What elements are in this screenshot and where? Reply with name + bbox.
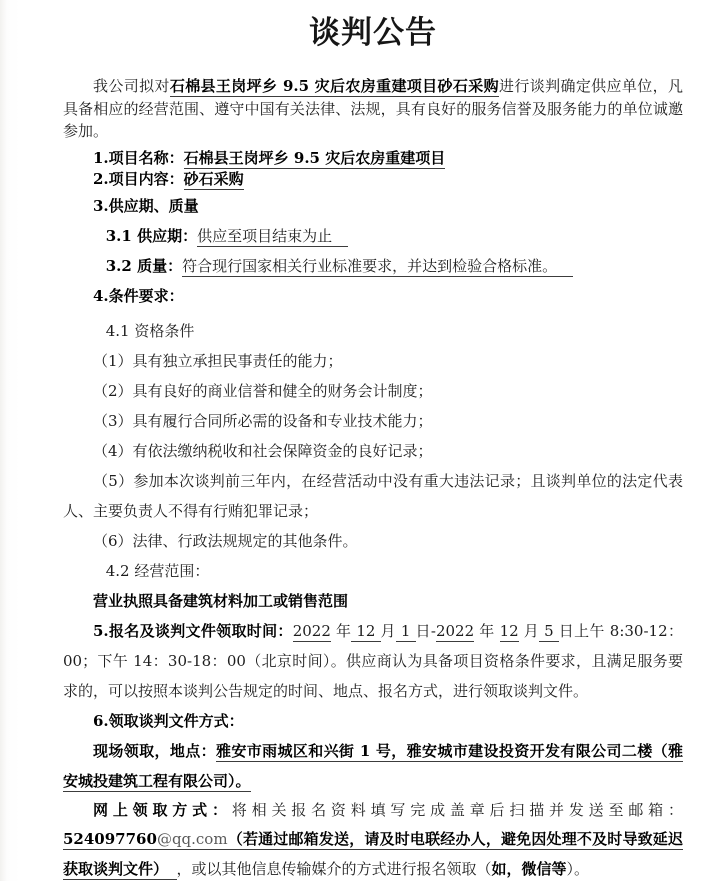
item-3-1-supply-period: 3.1 供应期：供应至项目结束为止 — [63, 221, 683, 251]
item-5-label: 5.报名及谈判文件领取时间： — [93, 622, 293, 640]
item-3-2-value: 符合现行国家相关行业标准要求，并达到检验合格标准。 — [182, 257, 573, 277]
year-unit-1: 年 — [331, 622, 351, 640]
day-unit-1: 日- — [416, 622, 436, 640]
wechat-mention: 如，微信等 — [492, 860, 567, 878]
item-1-value: 石棉县王岗坪乡 9.5 灾后农房重建项目 — [184, 149, 446, 169]
qualification-clause-6: （6）法律、行政法规规定的其他条件。 — [63, 526, 683, 556]
item-3-1-value: 供应至项目结束为止 — [197, 227, 348, 247]
year-unit-2: 年 — [474, 622, 499, 640]
end-day: 5 — [539, 622, 559, 642]
business-scope-value: 营业执照具备建筑材料加工或销售范围 — [63, 586, 683, 616]
item-2-project-content: 2.项目内容：砂石采购 — [63, 169, 683, 191]
onsite-label: 现场领取，地点： — [93, 742, 216, 760]
email-domain: @qq.com — [157, 830, 228, 850]
qualification-clause-4: （4）有依法缴纳税收和社会保障资金的良好记录； — [63, 436, 683, 466]
onsite-pickup-paragraph: 现场领取，地点：雅安市雨城区和兴街 1 号，雅安城市建设投资开发有限公司二楼（雅… — [63, 736, 683, 796]
month-unit-1: 月 — [381, 622, 396, 640]
qualification-clause-2: （2）具有良好的商业信誉和健全的财务会计制度； — [63, 376, 683, 406]
item-3-2-quality: 3.2 质量：符合现行国家相关行业标准要求，并达到检验合格标准。 — [63, 251, 683, 281]
end-year: 2022 — [436, 622, 474, 642]
qualification-clause-3: （3）具有履行合同所必需的设备和专业技术能力； — [63, 406, 683, 436]
item-4-heading: 4.条件要求： — [63, 281, 683, 311]
intro-pre-text: 我公司拟对 — [93, 77, 170, 95]
item-3-2-label: 3.2 质量： — [106, 257, 182, 275]
document-title: 谈判公告 — [63, 12, 683, 54]
intro-paragraph: 我公司拟对石棉县王岗坪乡 9.5 灾后农房重建项目砂石采购进行谈判确定供应单位，… — [63, 75, 683, 143]
item-2-label: 2.项目内容： — [93, 170, 184, 188]
item-3-1-label: 3.1 供应期： — [106, 227, 197, 245]
project-name-emphasis: 石棉县王岗坪乡 9.5 灾后农房重建项目砂石采购 — [170, 77, 499, 97]
qualification-clause-5: （5）参加本次谈判前三年内，在经营活动中没有重大违法记录；且谈判单位的法定代表人… — [63, 466, 683, 526]
email-user: 524097760 — [63, 830, 157, 850]
item-1-project-name: 1.项目名称：石棉县王岗坪乡 9.5 灾后农房重建项目 — [63, 148, 683, 170]
start-day: 1 — [396, 622, 416, 642]
start-year: 2022 — [293, 622, 331, 642]
month-unit-2: 月 — [519, 622, 539, 640]
online-label: 网上领取方式： — [93, 801, 232, 819]
item-2-value: 砂石采购 — [184, 170, 244, 190]
start-month: 12 — [351, 622, 380, 642]
online-pre-text: 将相关报名资料填写完成盖章后扫描并发送至邮箱： — [232, 801, 683, 819]
online-mid-text: ，或以其他信息传输媒介的方式进行报名领取（ — [177, 860, 492, 878]
online-end-text: ）。 — [567, 860, 590, 878]
item-3-heading: 3.供应期、质量 — [63, 191, 683, 221]
item-4-2-heading: 4.2 经营范围： — [63, 556, 683, 586]
end-month: 12 — [500, 622, 519, 642]
online-pickup-paragraph: 网上领取方式：将相关报名资料填写完成盖章后扫描并发送至邮箱：524097760@… — [63, 796, 683, 881]
announcement-document: 谈判公告 我公司拟对石棉县王岗坪乡 9.5 灾后农房重建项目砂石采购进行谈判确定… — [0, 0, 721, 881]
item-5-registration-time: 5.报名及谈判文件领取时间：2022 年 12 月 1 日-2022 年 12 … — [63, 616, 683, 706]
item-4-1-heading: 4.1 资格条件 — [63, 316, 683, 346]
item-6-heading: 6.领取谈判文件方式： — [63, 706, 683, 736]
item-1-label: 1.项目名称： — [93, 149, 184, 167]
qualification-clause-1: （1）具有独立承担民事责任的能力； — [63, 346, 683, 376]
